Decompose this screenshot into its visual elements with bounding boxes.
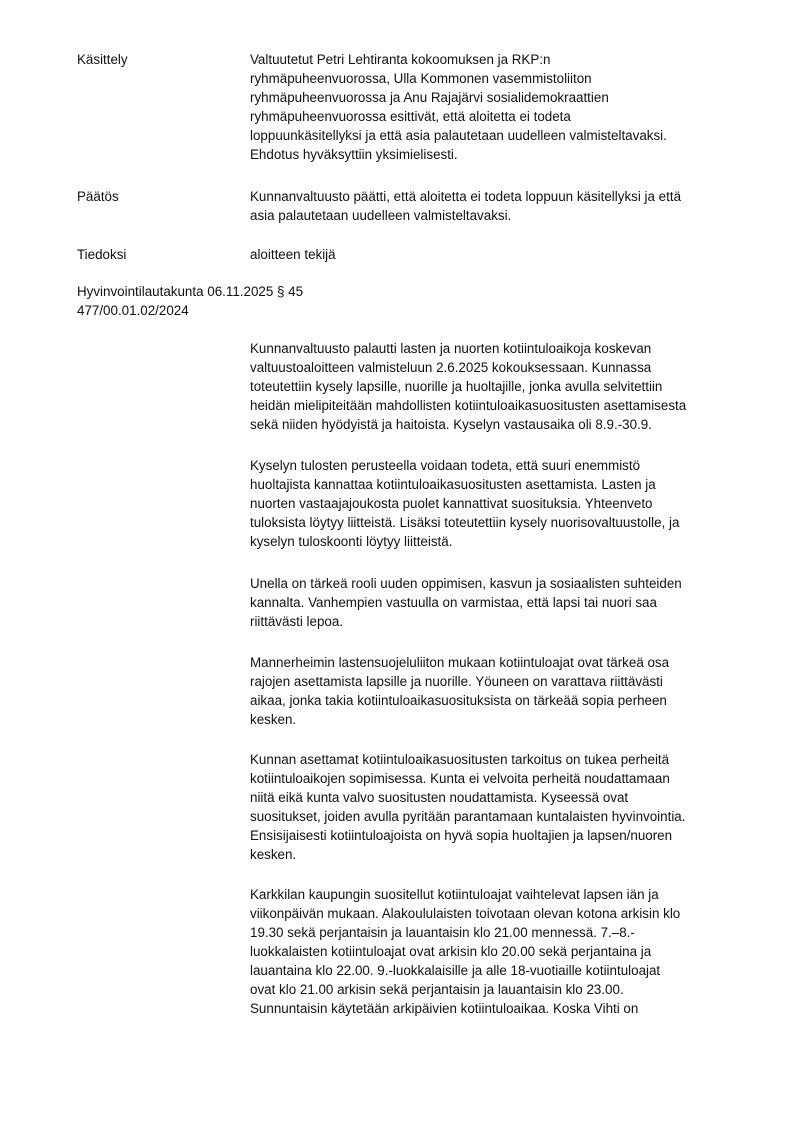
- section-label-tiedoksi: Tiedoksi: [77, 245, 126, 264]
- text-line: tuloksista löytyy liitteistä. Lisäksi to…: [250, 513, 679, 532]
- paragraph-5: Kunnan asettamat kotiintuloaikasuositust…: [250, 750, 685, 864]
- text-line: ryhmäpuheenvuorossa, Ulla Kommonen vasem…: [250, 69, 667, 88]
- text-line: kyselyn tuloskoonti löytyy liitteistä.: [250, 532, 679, 551]
- text-line: Sunnuntaisin käytetään arkipäivien kotii…: [250, 999, 680, 1018]
- section-label-paatos: Päätös: [77, 187, 119, 206]
- committee-reference: Hyvinvointilautakunta 06.11.2025 § 45: [77, 282, 303, 301]
- paragraph-1: Kunnanvaltuusto palautti lasten ja nuort…: [250, 339, 686, 434]
- text-line: suositukset, joiden avulla pyritään para…: [250, 807, 685, 826]
- text-line: kannalta. Vanhempien vastuulla on varmis…: [250, 593, 682, 612]
- text-line: Kyselyn tulosten perusteella voidaan tod…: [250, 456, 679, 475]
- text-line: valtuustoaloitteen valmisteluun 2.6.2025…: [250, 358, 686, 377]
- section-body-tiedoksi: aloitteen tekijä: [250, 245, 336, 264]
- paragraph-3: Unella on tärkeä rooli uuden oppimisen, …: [250, 574, 682, 631]
- section-body-kasittely: Valtuutetut Petri Lehtiranta kokoomuksen…: [250, 50, 667, 164]
- text-line: riittävästi lepoa.: [250, 612, 682, 631]
- section-label-kasittely: Käsittely: [77, 50, 128, 69]
- text-line: Ehdotus hyväksyttiin yksimielisesti.: [250, 145, 667, 164]
- text-line: asia palautetaan uudelleen valmisteltava…: [250, 206, 681, 225]
- text-line: kesken.: [250, 845, 685, 864]
- paragraph-4: Mannerheimin lastensuojeluliiton mukaan …: [250, 653, 669, 729]
- text-line: huoltajista kannattaa kotiintuloaikasuos…: [250, 475, 679, 494]
- document-page: Käsittely Valtuutetut Petri Lehtiranta k…: [0, 0, 794, 1122]
- text-line: kotiintuloaikojen sopimisessa. Kunta ei …: [250, 769, 685, 788]
- text-line: 19.30 sekä perjantaisin ja lauantaisin k…: [250, 923, 680, 942]
- text-line: Valtuutetut Petri Lehtiranta kokoomuksen…: [250, 50, 667, 69]
- paragraph-2: Kyselyn tulosten perusteella voidaan tod…: [250, 456, 679, 551]
- text-line: aloitteen tekijä: [250, 245, 336, 264]
- text-line: niitä eikä kunta valvo suositusten nouda…: [250, 788, 685, 807]
- text-line: loppuunkäsitellyksi ja että asia palaute…: [250, 126, 667, 145]
- text-line: ryhmäpuheenvuorossa esittivät, että aloi…: [250, 107, 667, 126]
- reference-block: Hyvinvointilautakunta 06.11.2025 § 45 47…: [77, 282, 303, 320]
- text-line: Kunnanvaltuusto palautti lasten ja nuort…: [250, 339, 686, 358]
- text-line: kesken.: [250, 710, 669, 729]
- text-line: nuorten vastaajajoukosta puolet kannatti…: [250, 494, 679, 513]
- text-line: heidän mielipiteitään mahdollisten kotii…: [250, 396, 686, 415]
- text-line: viikonpäivän mukaan. Alakoululaisten toi…: [250, 904, 680, 923]
- text-line: sekä niiden hyödyistä ja haitoista. Kyse…: [250, 415, 686, 434]
- text-line: lauantaina klo 22.00. 9.-luokkalaisille …: [250, 961, 680, 980]
- text-line: rajojen asettamista lapsille ja nuorille…: [250, 672, 669, 691]
- text-line: toteutettiin kysely lapsille, nuorille j…: [250, 377, 686, 396]
- text-line: Karkkilan kaupungin suositellut kotiintu…: [250, 885, 680, 904]
- text-line: Kunnan asettamat kotiintuloaikasuositust…: [250, 750, 685, 769]
- text-line: luokkalaisten kotiintuloajat ovat arkisi…: [250, 942, 680, 961]
- section-body-paatos: Kunnanvaltuusto päätti, että aloitetta e…: [250, 187, 681, 225]
- paragraph-6: Karkkilan kaupungin suositellut kotiintu…: [250, 885, 680, 1018]
- text-line: aikaa, jonka takia kotiintuloaikasuositu…: [250, 691, 669, 710]
- text-line: Kunnanvaltuusto päätti, että aloitetta e…: [250, 187, 681, 206]
- text-line: Unella on tärkeä rooli uuden oppimisen, …: [250, 574, 682, 593]
- text-line: ovat klo 21.00 arkisin sekä perjantaisin…: [250, 980, 680, 999]
- record-number: 477/00.01.02/2024: [77, 301, 303, 320]
- text-line: Ensisijaisesti kotiintuloajoista on hyvä…: [250, 826, 685, 845]
- text-line: Mannerheimin lastensuojeluliiton mukaan …: [250, 653, 669, 672]
- text-line: ryhmäpuheenvuorossa ja Anu Rajajärvi sos…: [250, 88, 667, 107]
